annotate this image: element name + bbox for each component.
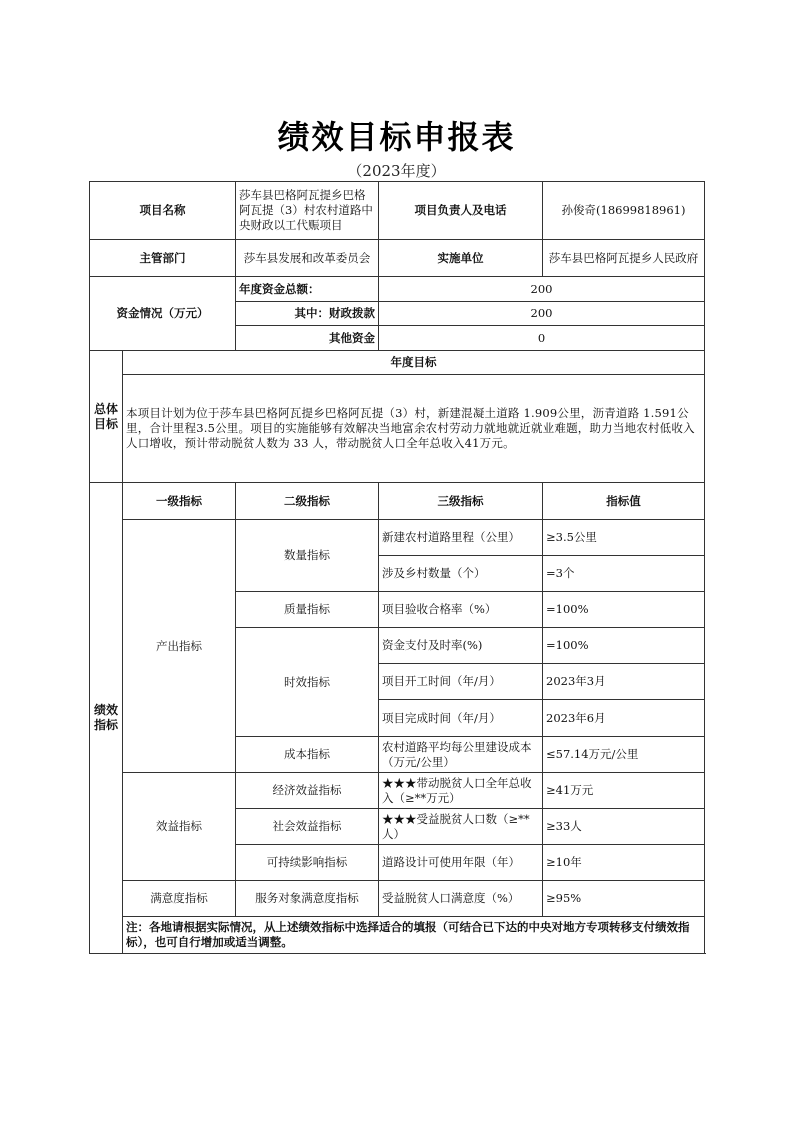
indicator-value: ≥95%: [543, 881, 705, 917]
level1-benefit: 效益指标: [123, 773, 236, 881]
project-name-label: 项目名称: [90, 182, 236, 240]
col-header-level3: 三级指标: [379, 483, 543, 520]
level2-sustainable: 可持续影响指标: [236, 845, 379, 881]
indicator-value: =3个: [543, 556, 705, 592]
indicator-value: ≥33人: [543, 809, 705, 845]
funds-total-value: 200: [379, 277, 705, 302]
dept-value: 莎车县发展和改革委员会: [236, 240, 379, 277]
level2-timeliness: 时效指标: [236, 628, 379, 737]
funds-label: 资金情况（万元）: [90, 277, 236, 351]
level2-economic: 经济效益指标: [236, 773, 379, 809]
level2-cost: 成本指标: [236, 737, 379, 773]
dept-label: 主管部门: [90, 240, 236, 277]
manager-label: 项目负责人及电话: [379, 182, 543, 240]
annual-goal-text: 本项目计划为位于莎车县巴格阿瓦提乡巴格阿瓦提（3）村，新建混凝土道路 1.909…: [123, 375, 705, 483]
col-header-value: 指标值: [543, 483, 705, 520]
indicator-value: ≤57.14万元/公里: [543, 737, 705, 773]
indicator-value: ≥3.5公里: [543, 520, 705, 556]
funds-other-value: 0: [379, 326, 705, 351]
funds-fiscal-value: 200: [379, 302, 705, 326]
indicator-value: ≥10年: [543, 845, 705, 881]
indicator-value: 2023年3月: [543, 664, 705, 700]
impl-unit-value: 莎车县巴格阿瓦提乡人民政府: [543, 240, 705, 277]
level2-service: 服务对象满意度指标: [236, 881, 379, 917]
level2-social: 社会效益指标: [236, 809, 379, 845]
page-subtitle-year: （2023年度）: [0, 160, 793, 181]
footnote: 注：各地请根据实际情况，从上述绩效指标中选择适合的填报（可结合已下达的中央对地方…: [123, 917, 705, 954]
project-name-value: 莎车县巴格阿瓦提乡巴格阿瓦提（3）村农村道路中央财政以工代赈项目: [236, 182, 379, 240]
funds-other-label: 其他资金: [236, 326, 379, 351]
manager-value: 孙俊奇(18699818961): [543, 182, 705, 240]
indicator-name: 道路设计可使用年限（年）: [379, 845, 543, 881]
indicator-value: =100%: [543, 628, 705, 664]
overall-goal-side-label: 总体目标: [90, 351, 123, 483]
page-title: 绩效目标申报表: [0, 112, 793, 158]
indicator-name: 资金支付及时率(%): [379, 628, 543, 664]
indicators-side-label: 绩效指标: [90, 483, 123, 954]
indicator-name: ★★★受益脱贫人口数（≥**人）: [379, 809, 543, 845]
funds-total-label: 年度资金总额：: [236, 277, 379, 302]
indicator-name: 农村道路平均每公里建设成本（万元/公里）: [379, 737, 543, 773]
col-header-level2: 二级指标: [236, 483, 379, 520]
indicator-value: =100%: [543, 592, 705, 628]
col-header-level1: 一级指标: [123, 483, 236, 520]
performance-target-table: 项目名称 莎车县巴格阿瓦提乡巴格阿瓦提（3）村农村道路中央财政以工代赈项目 项目…: [89, 181, 705, 954]
level2-quantity: 数量指标: [236, 520, 379, 592]
impl-unit-label: 实施单位: [379, 240, 543, 277]
indicator-value: ≥41万元: [543, 773, 705, 809]
indicator-value: 2023年6月: [543, 700, 705, 737]
indicator-name: 受益脱贫人口满意度（%）: [379, 881, 543, 917]
level1-output: 产出指标: [123, 520, 236, 773]
indicator-name: 项目完成时间（年/月）: [379, 700, 543, 737]
indicator-name: 涉及乡村数量（个）: [379, 556, 543, 592]
indicator-name: ★★★带动脱贫人口全年总收入（≥**万元）: [379, 773, 543, 809]
indicator-name: 新建农村道路里程（公里）: [379, 520, 543, 556]
annual-goal-header: 年度目标: [123, 351, 705, 375]
level1-satisfaction: 满意度指标: [123, 881, 236, 917]
indicator-name: 项目开工时间（年/月）: [379, 664, 543, 700]
indicator-name: 项目验收合格率（%）: [379, 592, 543, 628]
funds-fiscal-label: 其中：财政拨款: [236, 302, 379, 326]
level2-quality: 质量指标: [236, 592, 379, 628]
